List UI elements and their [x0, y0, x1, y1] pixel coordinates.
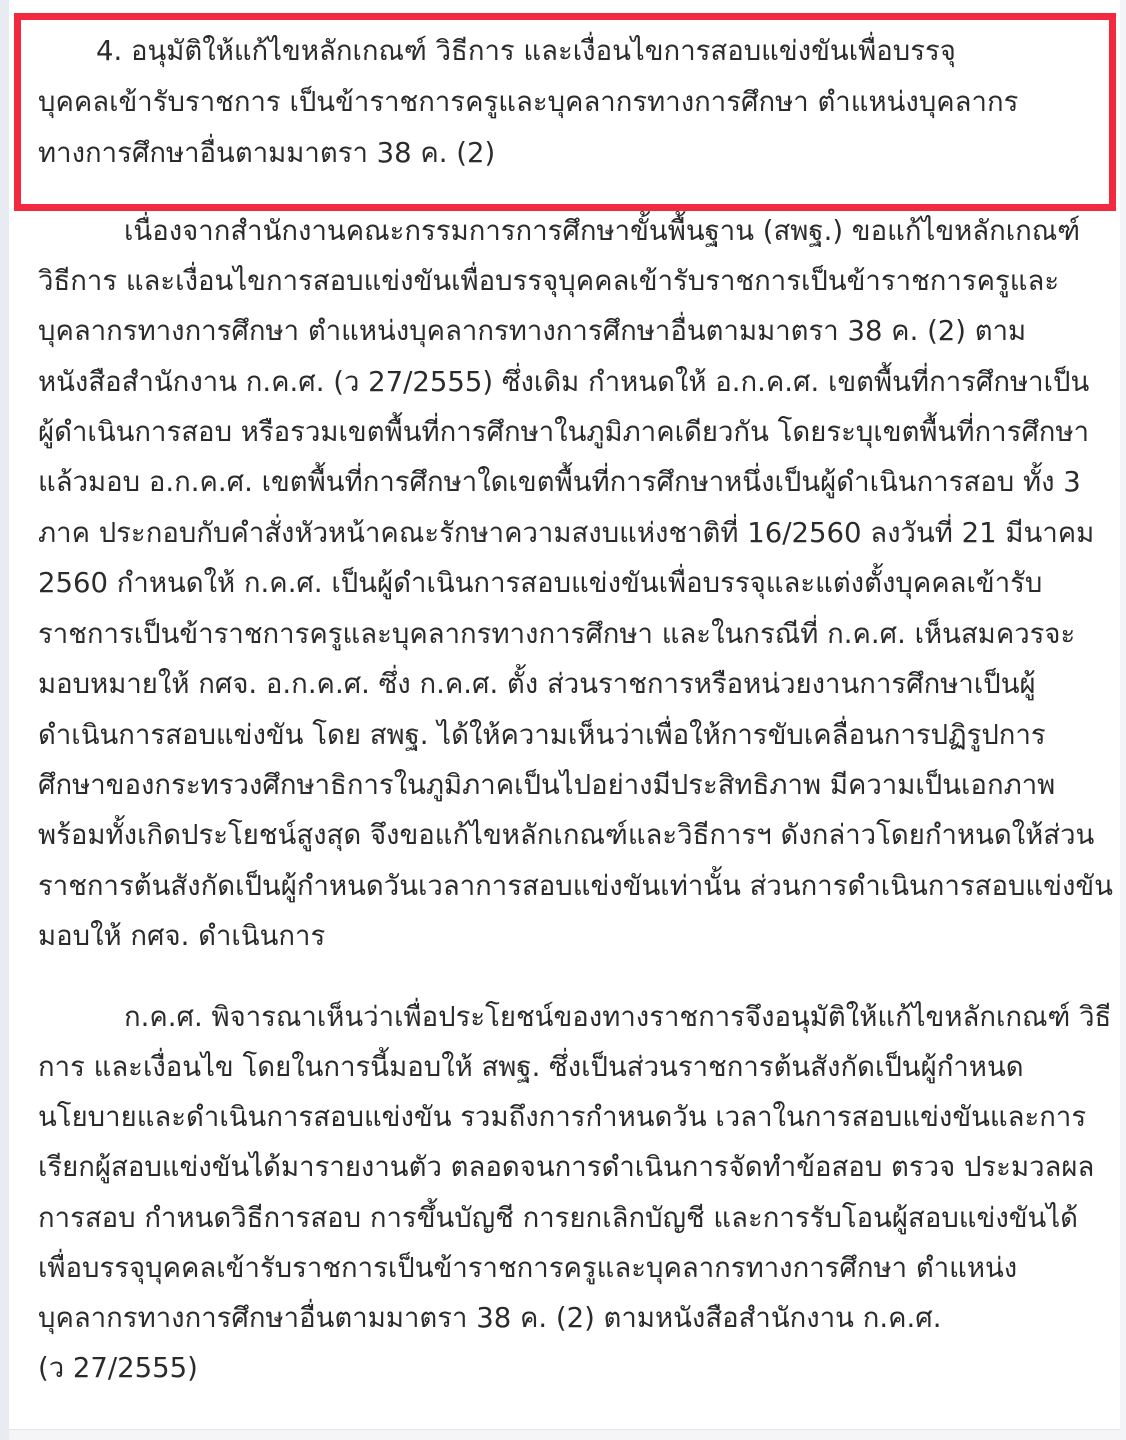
paragraph-1-line: ภาค ประกอบกับคำสั่งหัวหน้าคณะรักษาความสง…: [38, 508, 1094, 558]
paragraph-2-line: การ และเงื่อนไข โดยในการนี้มอบให้ สพฐ. ซ…: [38, 1042, 1024, 1092]
paragraph-1-line: หนังสือสำนักงาน ก.ค.ศ. (ว 27/2555) ซึ่งเ…: [38, 357, 1089, 407]
section-heading-line-1: 4. อนุมัติให้แก้ไขหลักเกณฑ์ วิธีการ และเ…: [96, 26, 956, 76]
paragraph-1-line: ราชการต้นสังกัดเป็นผู้กำหนดวันเวลาการสอบ…: [38, 861, 1113, 911]
paragraph-1-line: แล้วมอบ อ.ก.ค.ศ. เขตพื้นที่การศึกษาใดเขต…: [38, 457, 1081, 507]
paragraph-1-line: ดำเนินการสอบแข่งขัน โดย สพฐ. ได้ให้ความเ…: [38, 710, 1046, 760]
paragraph-1-line: ศึกษาของกระทรวงศึกษาธิการในภูมิภาคเป็นไป…: [38, 760, 1055, 810]
section-heading-line-2: บุคคลเข้ารับราชการ เป็นข้าราชการครูและบุ…: [38, 77, 1018, 127]
section-heading-line-3: ทางการศึกษาอื่นตามมาตรา 38 ค. (2): [38, 128, 495, 178]
paragraph-1-line: เนื่องจากสำนักงานคณะกรรมการการศึกษาขั้นพ…: [124, 206, 1080, 256]
paragraph-2-line: เพื่อบรรจุบุคคลเข้ารับราชการเป็นข้าราชกา…: [38, 1243, 1017, 1293]
paragraph-2-line: บุคลากรทางการศึกษาอื่นตามมาตรา 38 ค. (2)…: [38, 1293, 941, 1343]
left-margin-strip: [0, 0, 9, 1440]
paragraph-1-line: มอบหมายให้ กศจ. อ.ก.ค.ศ. ซึ่ง ก.ค.ศ. ตั้…: [38, 659, 1036, 709]
paragraph-2-line: เรียกผู้สอบแข่งขันได้มารายงานตัว ตลอดจนก…: [38, 1142, 1094, 1192]
paragraph-1-line: 2560 กำหนดให้ ก.ค.ศ. เป็นผู้ดำเนินการสอบ…: [38, 558, 1042, 608]
right-margin-strip: [1120, 0, 1126, 1440]
paragraph-2-line: นโยบายและดำเนินการสอบแข่งขัน รวมถึงการกำ…: [38, 1092, 1086, 1142]
paragraph-1-line: ผู้ดำเนินการสอบ หรือรวมเขตพื้นที่การศึกษ…: [38, 407, 1089, 457]
paragraph-1-line: มอบให้ กศจ. ดำเนินการ: [38, 911, 325, 961]
paragraph-2-line: (ว 27/2555): [38, 1343, 198, 1393]
paragraph-1-line: ราชการเป็นข้าราชการครูและบุคลากรทางการศึ…: [38, 609, 1075, 659]
paragraph-1-line: บุคลากรทางการศึกษา ตำแหน่งบุคลากรทางการศ…: [38, 306, 1026, 356]
paragraph-1-line: พร้อมทั้งเกิดประโยชน์สูงสุด จึงขอแก้ไขหล…: [38, 810, 1094, 860]
page-bottom-edge: [9, 1429, 1120, 1440]
paragraph-1-line: วิธีการ และเงื่อนไขการสอบแข่งขันเพื่อบรร…: [38, 256, 1059, 306]
paragraph-2-line: ก.ค.ศ. พิจารณาเห็นว่าเพื่อประโยชน์ของทาง…: [124, 992, 1111, 1042]
paragraph-2-line: การสอบ กำหนดวิธีการสอบ การขึ้นบัญชี การย…: [38, 1193, 1078, 1243]
